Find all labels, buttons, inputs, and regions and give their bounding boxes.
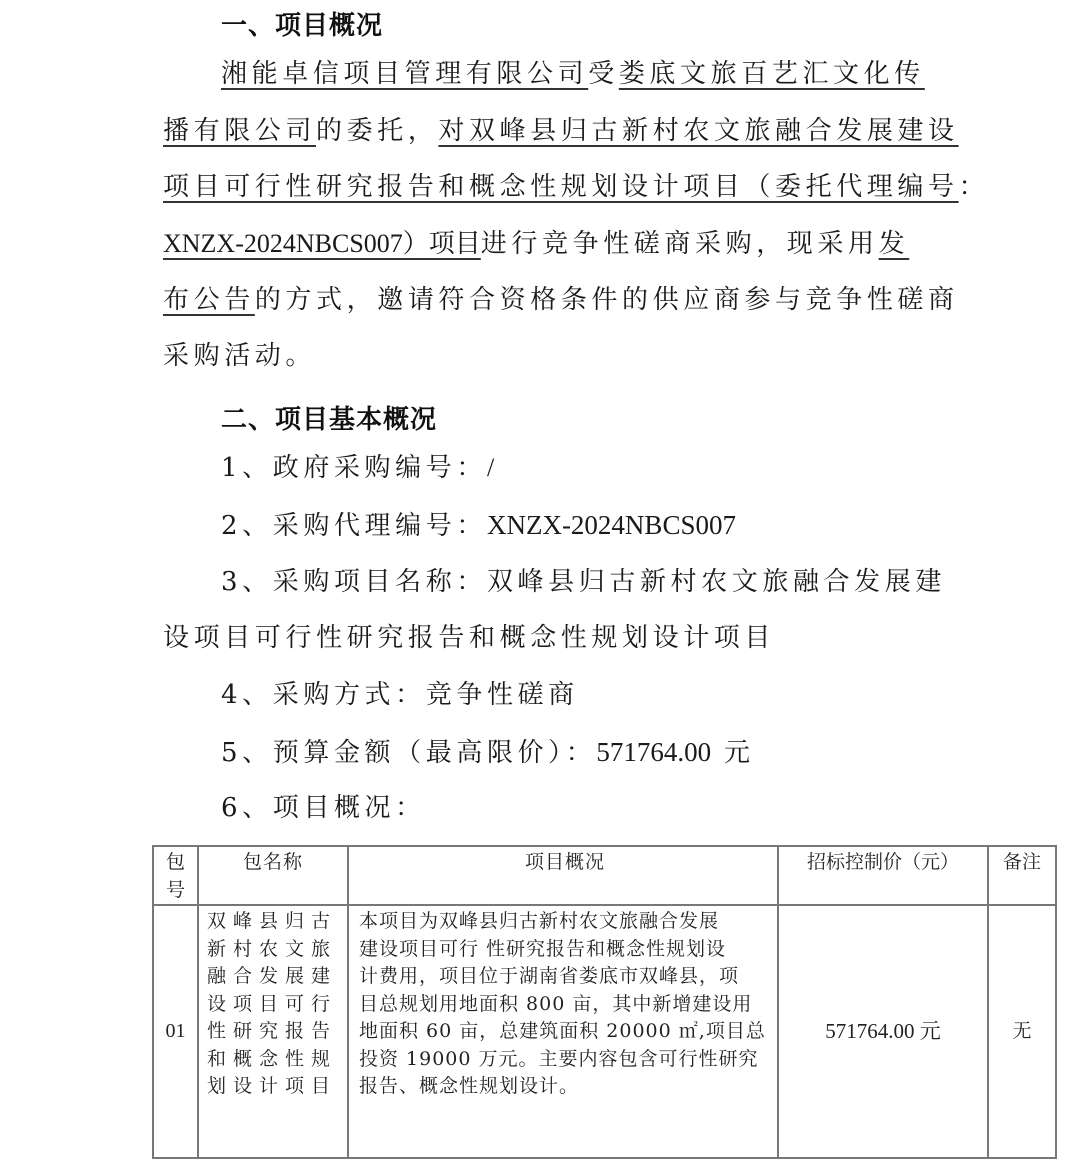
overview-line: 建设项目可行 性研究报告和概念性规划设 [359,936,771,964]
cell-package-no: 01 [153,905,198,1158]
item-value: 竞争性磋商 [426,680,579,710]
overview-line: 目总规划用地面积 800 亩，其中新增建设用 [359,991,771,1019]
text: 受 [588,59,619,89]
text: 的委托， [316,116,438,146]
overview-line: 投资 19000 万元。主要内容包含可行性研究 [359,1046,771,1074]
item-label: 5、预算金额（最高限价）： [221,738,596,768]
header-overview: 项目概况 [348,846,778,905]
item-project-name: 3、采购项目名称：双峰县归古新村农文旅融合发展建 [221,566,946,598]
header-package-name: 包名称 [198,846,348,905]
item-project-overview: 6、项目概况： [221,792,426,824]
underlined-text: XNZX-2024NBCS007）项目 [163,229,481,258]
item-label: 3、采购项目名称： [221,567,487,597]
underlined-text: 娄底文旅百艺汇文化传 [619,59,925,89]
paragraph-line: 采购活动。 [163,340,316,372]
underlined-text: 发 [879,229,910,259]
paragraph-line: XNZX-2024NBCS007）项目进行竞争性磋商采购，现采用发 [163,228,909,260]
item-budget: 5、预算金额（最高限价）：571764.00 元 [221,736,755,769]
text: 采购活动。 [163,341,316,371]
paragraph-line: 布公告的方式，邀请符合资格条件的供应商参与竞争性磋商 [163,284,959,316]
overview-line: 计费用，项目位于湖南省娄底市双峰县，项 [359,963,771,991]
item-label: 1、政府采购编号： [221,453,487,483]
text: ： [959,172,990,202]
table-row: 01 双峰县归古新村农文旅融合发展建设项目可行性研究报告和概念性规划设计项目 本… [153,905,1056,1158]
text: 的方式，邀请符合资格条件的供应商参与竞争性磋商 [255,285,959,315]
item-label: 4、采购方式： [221,680,426,710]
cell-remarks: 无 [988,905,1056,1158]
underlined-text: 对双峰县归古新村农文旅融合发展建设 [438,116,958,146]
underlined-text: 播有限公司 [163,116,316,146]
item-value: 571764.00 [596,737,711,767]
section-1-heading: 一、项目概况 [221,10,383,42]
header-control-price: 招标控制价（元） [778,846,988,905]
text: 进行竞争性磋商采购，现采用 [481,229,879,259]
underlined-text: 布公告 [163,285,255,315]
item-gov-procurement-no: 1、政府采购编号：/ [221,452,494,484]
paragraph-line: 播有限公司的委托，对双峰县归古新村农文旅融合发展建设 [163,115,959,147]
table-header-row: 包号 包名称 项目概况 招标控制价（元） 备注 [153,846,1056,905]
paragraph-line: 湘能卓信项目管理有限公司受娄底文旅百艺汇文化传 [221,58,925,90]
overview-line: 地面积 60 亩，总建筑面积 20000 ㎡,项目总 [359,1018,771,1046]
header-package-no: 包号 [153,846,198,905]
underlined-text: 项目可行性研究报告和概念性规划设计项目（委托代理编号 [163,172,959,202]
cell-control-price: 571764.00 元 [778,905,988,1158]
item-value: / [487,453,494,482]
overview-line: 报告、概念性规划设计。 [359,1073,771,1101]
item-value: XNZX-2024NBCS007 [487,510,736,540]
paragraph-line: 项目可行性研究报告和概念性规划设计项目（委托代理编号： [163,171,989,203]
overview-line: 本项目为双峰县归古新村农文旅融合发展 [359,908,771,936]
header-remarks: 备注 [988,846,1056,905]
item-agency-no: 2、采购代理编号：XNZX-2024NBCS007 [221,509,736,542]
underlined-text: 湘能卓信项目管理有限公司 [221,59,588,89]
project-overview-table: 包号 包名称 项目概况 招标控制价（元） 备注 01 双峰县归古新村农文旅融合发… [152,845,1057,1159]
section-2-heading: 二、项目基本概况 [221,404,437,436]
item-procurement-method: 4、采购方式：竞争性磋商 [221,679,579,711]
item-label: 6、项目概况： [221,793,426,823]
item-value: 双峰县归古新村农文旅融合发展建 [487,567,946,597]
item-unit: 元 [711,738,754,768]
item-label: 2、采购代理编号： [221,511,487,541]
cell-overview: 本项目为双峰县归古新村农文旅融合发展建设项目可行 性研究报告和概念性规划设计费用… [348,905,778,1158]
cell-package-name: 双峰县归古新村农文旅融合发展建设项目可行性研究报告和概念性规划设计项目 [198,905,348,1158]
item-project-name-continuation: 设项目可行性研究报告和概念性规划设计项目 [163,622,775,654]
